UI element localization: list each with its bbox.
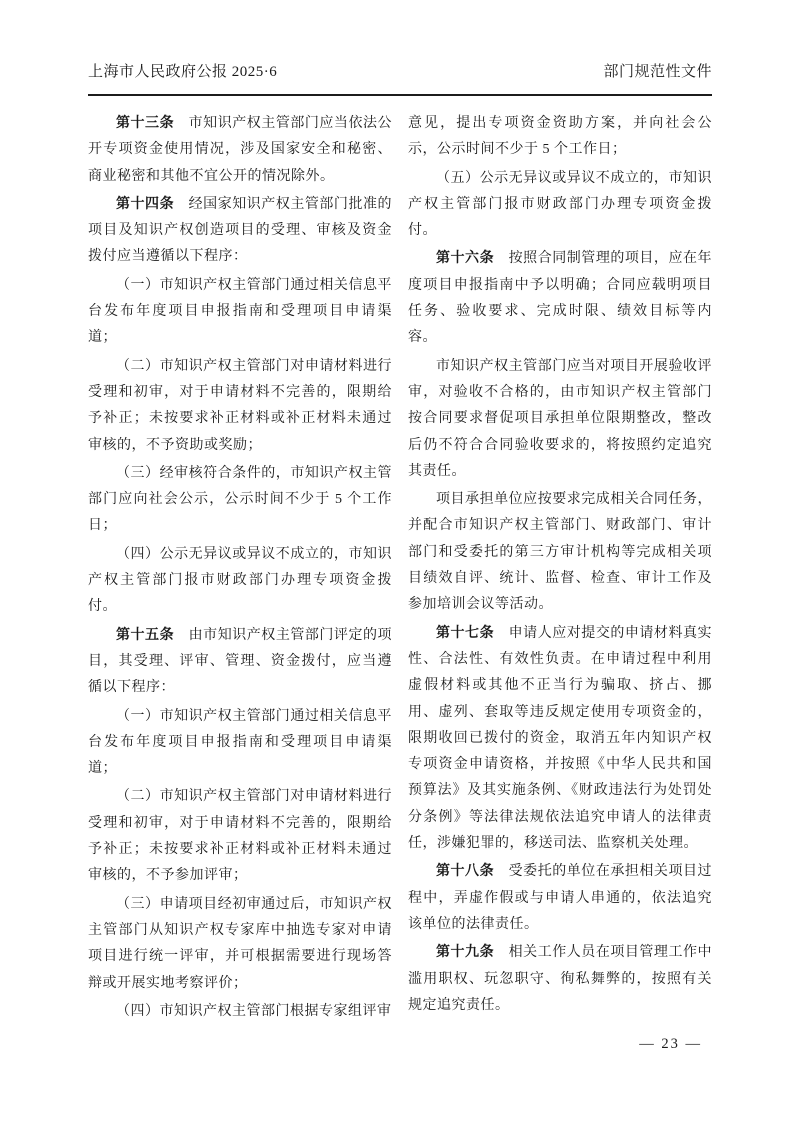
page-number: — 23 — <box>408 1031 712 1057</box>
paragraph-text: 项目承担单位应按要求完成相关合同任务，并配合市知识产权主管部门、财政部门、审计部… <box>408 492 712 612</box>
gazette-title: 上海市人民政府公报 2025·6 <box>88 60 277 81</box>
paragraph-text: （三）经审核符合条件的，市知识产权主管部门应向社会公示，公示时间不少于 5 个工… <box>88 466 392 534</box>
paragraph: 第十七条 申请人应对提交的申请材料真实性、合法性、有效性负责。在申请过程中利用虚… <box>408 619 712 858</box>
paragraph-text: 意见，提出专项资金资助方案，并向社会公示，公示时间不少于 5 个工作日； <box>408 116 712 157</box>
paragraph: 第十四条 经国家知识产权主管部门批准的项目及知识产权创造项目的受理、审核及资金拨… <box>88 190 392 271</box>
paragraph-text: （五）公示无异议或异议不成立的，市知识产权主管部门报市财政部门办理专项资金拨付。 <box>408 171 712 239</box>
paragraph: （四）市知识产权主管部门根据专家组评审 <box>88 997 392 1025</box>
paragraph-text: （二）市知识产权主管部门对申请材料进行受理和初审，对于申请材料不完善的，限期给予… <box>88 789 392 883</box>
paragraph-text: 市知识产权主管部门应当对项目开展验收评审，对验收不合格的，由市知识产权主管部门按… <box>408 359 712 479</box>
gazette-page: 上海市人民政府公报 2025·6 部门规范性文件 第十三条 市知识产权主管部门应… <box>0 0 793 1122</box>
paragraph-text: （三）申请项目经初审通过后，市知识产权主管部门从知识产权专家库中抽选专家对申请项… <box>88 897 392 991</box>
paragraph: 意见，提出专项资金资助方案，并向社会公示，公示时间不少于 5 个工作日； <box>408 109 712 164</box>
article-number: 第十九条 <box>436 943 494 959</box>
paragraph: 第十三条 市知识产权主管部门应当依法公开专项资金使用情况，涉及国家安全和秘密、商… <box>88 109 392 190</box>
paragraph: 第十六条 按照合同制管理的项目，应在年度项目申报指南中予以明确；合同应载明项目任… <box>408 244 712 351</box>
paragraph-text: （四）市知识产权主管部门根据专家组评审 <box>116 1004 392 1019</box>
article-number: 第十六条 <box>436 249 494 265</box>
paragraph-text: （四）公示无异议或异议不成立的，市知识产权主管部门报市财政部门办理专项资金拨付。 <box>88 547 392 615</box>
paragraph: 第十五条 由市知识产权主管部门评定的项目，其受理、评审、管理、资金拨付，应当遵循… <box>88 621 392 702</box>
paragraph: 第十八条 受委托的单位在承担相关项目过程中，弄虚作假或与申请人串通的，依法追究该… <box>408 857 712 938</box>
section-label: 部门规范性文件 <box>603 60 712 81</box>
page-header: 上海市人民政府公报 2025·6 部门规范性文件 <box>88 60 712 96</box>
article-number: 第十五条 <box>116 626 174 642</box>
paragraph: （三）申请项目经初审通过后，市知识产权主管部门从知识产权专家库中抽选专家对申请项… <box>88 890 392 997</box>
article-number: 第十八条 <box>436 862 494 878</box>
paragraph: 第十九条 相关工作人员在项目管理工作中滥用职权、玩忽职守、徇私舞弊的，按照有关规… <box>408 938 712 1019</box>
paragraph: （一）市知识产权主管部门通过相关信息平台发布年度项目申报指南和受理项目申请渠道； <box>88 702 392 783</box>
paragraph-text: （一）市知识产权主管部门通过相关信息平台发布年度项目申报指南和受理项目申请渠道； <box>88 278 392 346</box>
right-column: 意见，提出专项资金资助方案，并向社会公示，公示时间不少于 5 个工作日； （五）… <box>408 109 712 1057</box>
paragraph: （二）市知识产权主管部门对申请材料进行受理和初审，对于申请材料不完善的，限期给予… <box>88 782 392 889</box>
document-body: 第十三条 市知识产权主管部门应当依法公开专项资金使用情况，涉及国家安全和秘密、商… <box>88 109 712 1057</box>
paragraph: （三）经审核符合条件的，市知识产权主管部门应向社会公示，公示时间不少于 5 个工… <box>88 459 392 540</box>
paragraph-text: （二）市知识产权主管部门对申请材料进行受理和初审，对于申请材料不完善的，限期给予… <box>88 359 392 453</box>
article-number: 第十四条 <box>116 195 174 211</box>
paragraph: 项目承担单位应按要求完成相关合同任务，并配合市知识产权主管部门、财政部门、审计部… <box>408 485 712 618</box>
left-column: 第十三条 市知识产权主管部门应当依法公开专项资金使用情况，涉及国家安全和秘密、商… <box>88 109 392 1057</box>
article-number: 第十七条 <box>436 624 494 640</box>
paragraph: （一）市知识产权主管部门通过相关信息平台发布年度项目申报指南和受理项目申请渠道； <box>88 271 392 352</box>
paragraph-text: 申请人应对提交的申请材料真实性、合法性、有效性负责。在申请过程中利用虚假材料或其… <box>408 626 712 851</box>
paragraph-text: 按照合同制管理的项目，应在年度项目申报指南中予以明确；合同应载明项目任务、验收要… <box>408 251 712 345</box>
article-number: 第十三条 <box>116 114 174 130</box>
paragraph-text: （一）市知识产权主管部门通过相关信息平台发布年度项目申报指南和受理项目申请渠道； <box>88 709 392 777</box>
paragraph: （五）公示无异议或异议不成立的，市知识产权主管部门报市财政部门办理专项资金拨付。 <box>408 164 712 245</box>
paragraph: （二）市知识产权主管部门对申请材料进行受理和初审，对于申请材料不完善的，限期给予… <box>88 352 392 459</box>
paragraph: 市知识产权主管部门应当对项目开展验收评审，对验收不合格的，由市知识产权主管部门按… <box>408 352 712 485</box>
paragraph: （四）公示无异议或异议不成立的，市知识产权主管部门报市财政部门办理专项资金拨付。 <box>88 540 392 621</box>
